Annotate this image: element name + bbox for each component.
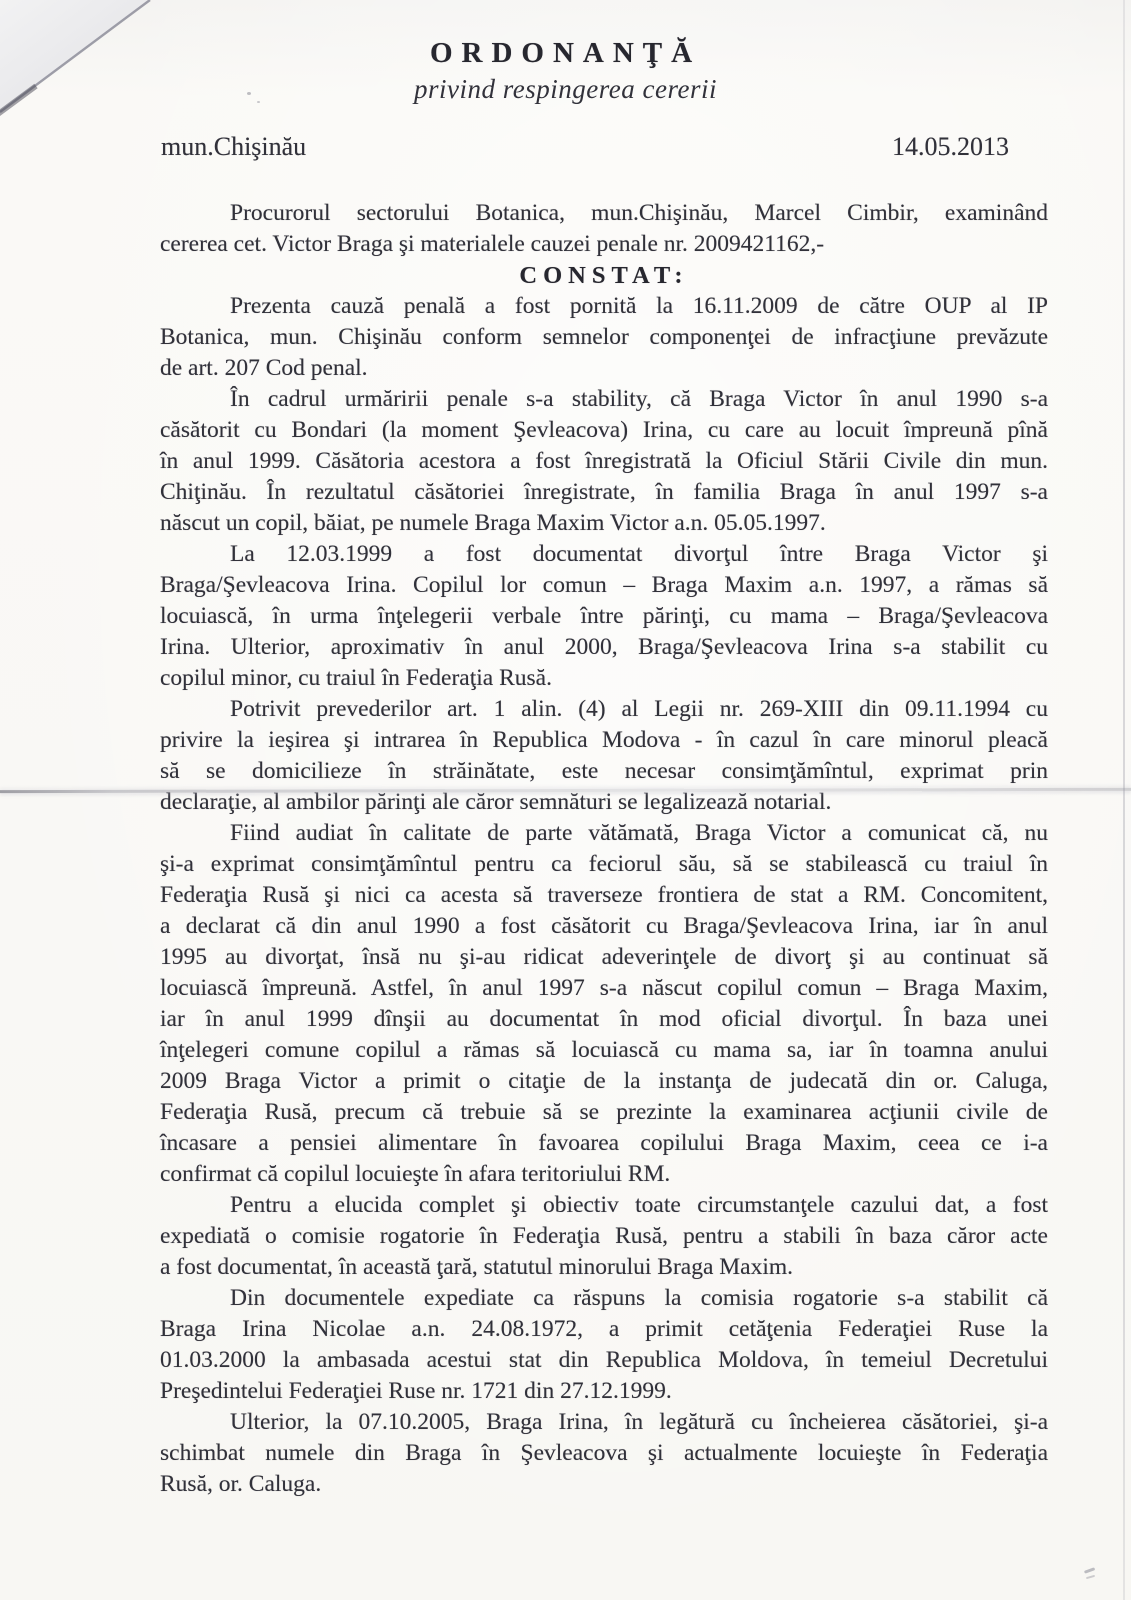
- text-line: înţelegeri comune copilul a rămas să loc…: [160, 1035, 1048, 1066]
- text-line: iar în anul 1999 dînşii au documentat în…: [160, 1004, 1048, 1035]
- issue-date: 14.05.2013: [892, 132, 1009, 162]
- text-line: să se domicilieze în străinătate, este n…: [160, 756, 1048, 787]
- page-edge-shadow: [1123, 0, 1125, 1600]
- text-line: a declarat că din anul 1990 a fost căsăt…: [160, 911, 1048, 942]
- text-line: Braga Irina Nicolae a.n. 24.08.1972, a p…: [160, 1314, 1048, 1345]
- text-line: expediată o comisie rogatorie în Federaţ…: [160, 1221, 1048, 1252]
- text-line: Botanica, mun. Chişinău conform semnelor…: [160, 322, 1048, 353]
- text-line: confirmat că copilul locuieşte în afara …: [160, 1159, 1048, 1190]
- text-line: încasare a pensiei alimentare în favoare…: [160, 1128, 1048, 1159]
- text-line: Rusă, or. Caluga.: [160, 1469, 1048, 1500]
- text-line: copilul minor, cu traiul în Federaţia Ru…: [160, 663, 1048, 694]
- text-line: schimbat numele din Braga în Şevleacova …: [160, 1438, 1048, 1469]
- text-line: Procurorul sectorului Botanica, mun.Chiş…: [160, 198, 1048, 229]
- text-line: La 12.03.1999 a fost documentat divorţul…: [160, 539, 1048, 570]
- text-line: privire la ieşirea şi intrarea în Republ…: [160, 725, 1048, 756]
- scan-mark: [1086, 1575, 1095, 1579]
- document-body: Procurorul sectorului Botanica, mun.Chiş…: [160, 198, 1048, 1500]
- scan-speck: [257, 101, 260, 103]
- text-line: În cadrul urmăririi penale s-a stability…: [160, 384, 1048, 415]
- text-line: Preşedintelui Federaţiei Ruse nr. 1721 d…: [160, 1376, 1048, 1407]
- text-line: Pentru a elucida complet şi obiectiv toa…: [160, 1190, 1048, 1221]
- scan-speck: [247, 92, 251, 95]
- text-line: şi-a exprimat consimţămîntul pentru ca f…: [160, 849, 1048, 880]
- constat-heading: CONSTAT:: [160, 260, 1048, 291]
- text-line: Fiind audiat în calitate de parte vătăma…: [160, 818, 1048, 849]
- page-corner-fold: [0, 0, 170, 130]
- text-line: a fost documentat, în această ţară, stat…: [160, 1252, 1048, 1283]
- place-date-row: mun.Chişinău 14.05.2013: [161, 132, 1009, 162]
- text-line: Federaţia Rusă, precum că trebuie să se …: [160, 1097, 1048, 1128]
- text-line: născut un copil, băiat, pe numele Braga …: [160, 508, 1048, 539]
- text-line: cererea cet. Victor Braga şi materialele…: [160, 229, 1048, 260]
- text-line: 01.03.2000 la ambasada acestui stat din …: [160, 1345, 1048, 1376]
- scanned-document-page: ORDONANŢĂ privind respingerea cererii mu…: [0, 0, 1131, 1600]
- text-line: căsătorit cu Bondari (la moment Şevleaco…: [160, 415, 1048, 446]
- text-line: Din documentele expediate ca răspuns la …: [160, 1283, 1048, 1314]
- text-line: Braga/Şevleacova Irina. Copilul lor comu…: [160, 570, 1048, 601]
- text-line: locuiască împreună. Astfel, în anul 1997…: [160, 973, 1048, 1004]
- text-line: Irina. Ulterior, aproximativ în anul 200…: [160, 632, 1048, 663]
- issuing-place: mun.Chişinău: [161, 132, 306, 162]
- text-line: Federaţia Rusă şi nici ca acesta să trav…: [160, 880, 1048, 911]
- scan-mark: [1084, 1567, 1095, 1573]
- text-line: 2009 Braga Victor a primit o citaţie de …: [160, 1066, 1048, 1097]
- text-line: Prezenta cauză penală a fost pornită la …: [160, 291, 1048, 322]
- text-line: Chiţinău. În rezultatul căsătoriei înreg…: [160, 477, 1048, 508]
- text-line: Ulterior, la 07.10.2005, Braga Irina, în…: [160, 1407, 1048, 1438]
- text-line: 1995 au divorţat, însă nu şi-au ridicat …: [160, 942, 1048, 973]
- text-line: de art. 207 Cod penal.: [160, 353, 1048, 384]
- text-line: locuiască, în urma înţelegerii verbale î…: [160, 601, 1048, 632]
- text-line: în anul 1999. Căsătoria acestora a fost …: [160, 446, 1048, 477]
- text-line: Potrivit prevederilor art. 1 alin. (4) a…: [160, 694, 1048, 725]
